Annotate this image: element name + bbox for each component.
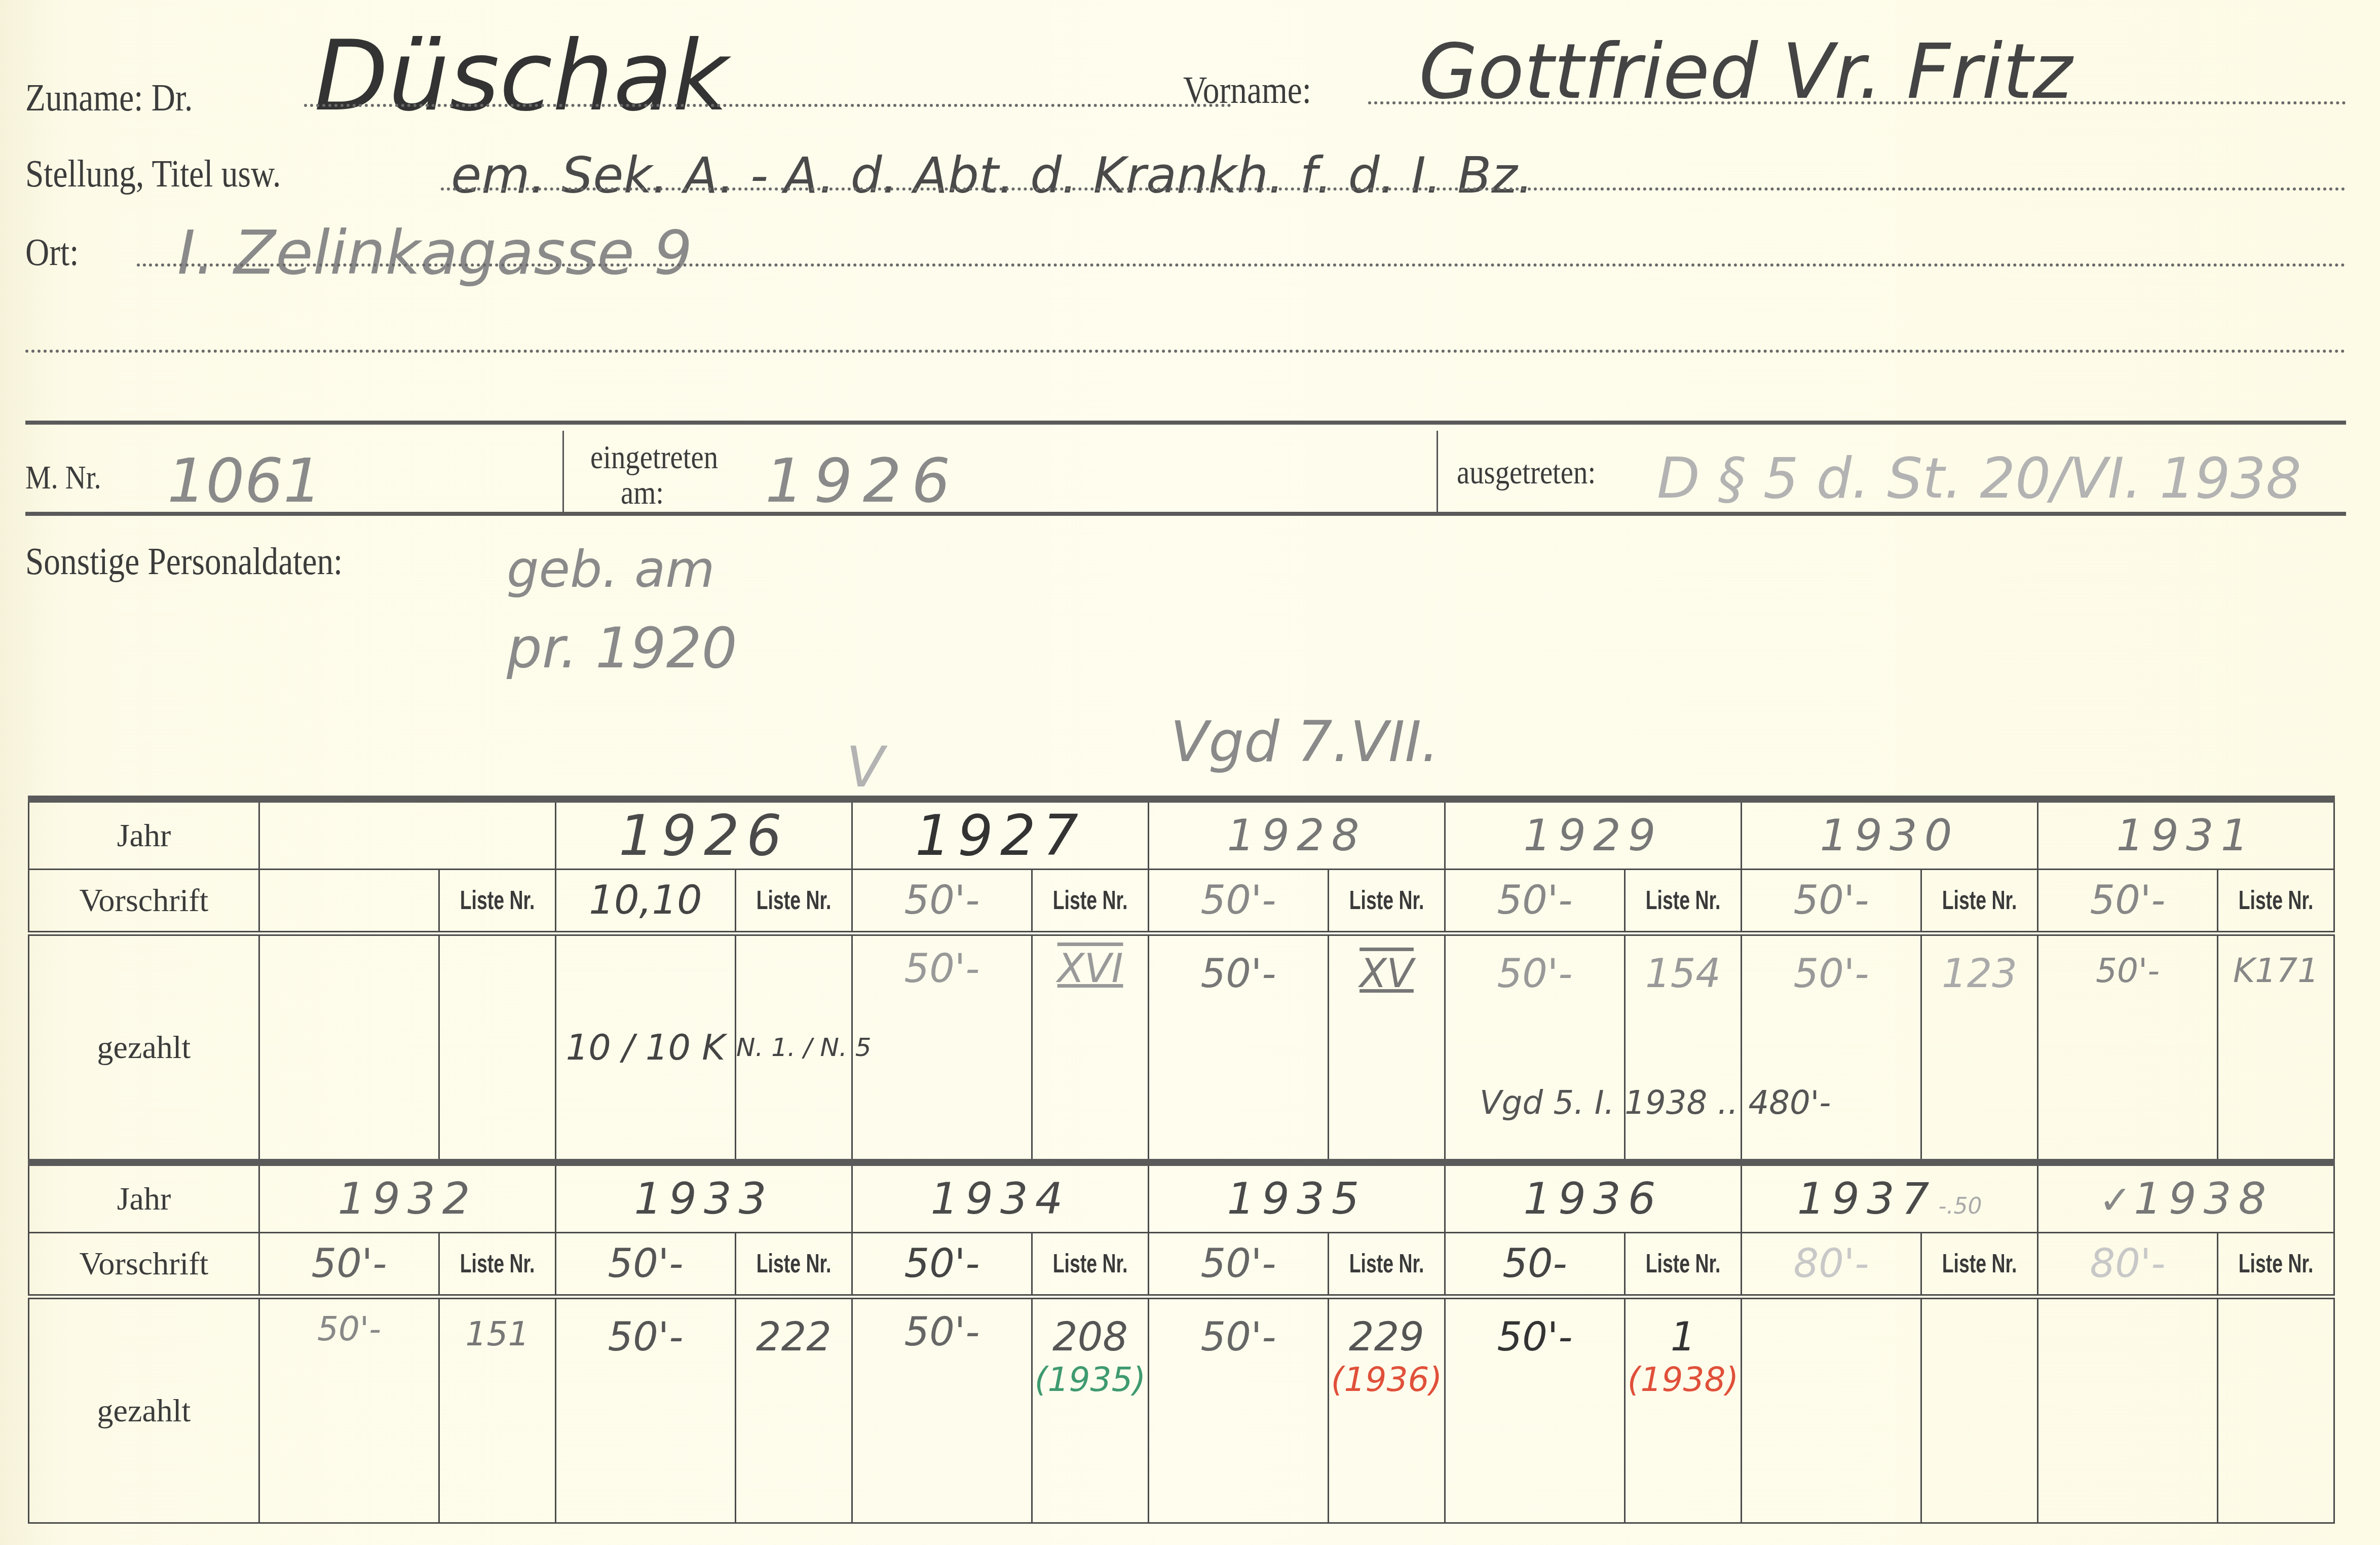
vorname-line — [1368, 101, 2346, 104]
year-cell: 1934 — [852, 1162, 1149, 1233]
liste-header: Liste Nr. — [1921, 1233, 2038, 1297]
liste-cell: N. 1. / N. 5 — [736, 933, 852, 1162]
upper-row-jahr: Jahr 1926 1927 1928 1929 1930 1931 — [29, 799, 2334, 870]
row-label-gezahlt: gezahlt — [29, 933, 259, 1162]
eingetreten-value: 1926 — [765, 446, 960, 516]
liste-cell: 151 — [439, 1297, 556, 1523]
liste-header: Liste Nr. — [1032, 870, 1149, 934]
liste-cell: 154 — [1625, 933, 1742, 1162]
upper-row-gezahlt: gezahlt 10 / 10 K N. 1. / N. 5 50'- XVI … — [29, 933, 2334, 1162]
zuname-label: Zuname: Dr. — [25, 76, 193, 120]
lower-row-jahr: Jahr 1932 1933 1934 1935 1936 1937 -.50 … — [29, 1162, 2334, 1233]
ort-line — [137, 263, 2346, 267]
sonstige-value-1: geb. am — [507, 540, 715, 599]
year-cell: 1930 — [1742, 799, 2038, 870]
gezahlt-cell: 50'- — [1445, 933, 1625, 1162]
year-cell: 1927 — [852, 799, 1149, 870]
year-cell: 1929 — [1445, 799, 1742, 870]
eingetreten-label: eingetreten — [590, 438, 718, 477]
liste-cell: 1 (1938) — [1625, 1297, 1742, 1523]
ort-label: Ort: — [25, 231, 79, 275]
gezahlt-cell: 50'- — [852, 933, 1032, 1162]
vorschrift-cell: 50- — [1445, 1233, 1625, 1297]
gezahlt-cell: 10 / 10 K — [556, 933, 736, 1162]
liste-header: Liste Nr. — [1625, 1233, 1742, 1297]
liste-cell — [1921, 1297, 2038, 1523]
vorschrift-cell: 80'- — [1742, 1233, 1921, 1297]
year-cell: 1935 — [1149, 1162, 1445, 1233]
stellung-line — [441, 187, 2346, 191]
ort-value: I. Zelinkagasse 9 — [177, 218, 693, 288]
band-top-rule — [25, 421, 2346, 425]
payment-table-upper: Jahr 1926 1927 1928 1929 1930 1931 Vorsc… — [28, 796, 2335, 1524]
gezahlt-cell — [259, 933, 439, 1162]
year-cell: 1937 -.50 — [1742, 1162, 2038, 1233]
liste-cell: 123 — [1921, 933, 2038, 1162]
ausgetreten-label: ausgetreten: — [1457, 454, 1596, 492]
vorschrift-cell — [259, 870, 439, 934]
year-cell: 1932 — [259, 1162, 556, 1233]
liste-header: Liste Nr. — [439, 1233, 556, 1297]
band-divider-1 — [562, 431, 564, 512]
liste-cell: 229 (1936) — [1329, 1297, 1445, 1523]
vorschrift-cell: 10,10 — [556, 870, 736, 934]
liste-cell: 222 — [736, 1297, 852, 1523]
upper-table-note: Vgd 5. I. 1938 .. 480'- — [1480, 1084, 1831, 1122]
liste-header: Liste Nr. — [1032, 1233, 1149, 1297]
gezahlt-cell: 50'- — [556, 1297, 736, 1523]
year-cell: 1936 — [1445, 1162, 1742, 1233]
band-divider-2 — [1437, 431, 1438, 512]
row-label-jahr: Jahr — [29, 1162, 259, 1233]
liste-header: Liste Nr. — [439, 870, 556, 934]
liste-cell: XVI — [1032, 933, 1149, 1162]
liste-note: (1938) — [1626, 1360, 1741, 1399]
gezahlt-cell: 50'- — [1149, 933, 1329, 1162]
zuname-line — [304, 104, 1231, 107]
lower-row-vorschrift: Vorschrift 50'- Liste Nr. 50'- Liste Nr.… — [29, 1233, 2334, 1297]
vorschrift-cell: 50'- — [1149, 1233, 1329, 1297]
gezahlt-cell — [1742, 1297, 1921, 1523]
year-cell: 1933 — [556, 1162, 852, 1233]
year-cell: ✓ 1938 — [2038, 1162, 2334, 1233]
gezahlt-cell — [2038, 1297, 2218, 1523]
row-label-gezahlt: gezahlt — [29, 1297, 259, 1523]
stellung-value: em. Sek. A. - A. d. Abt. d. Krankh. f. d… — [451, 147, 1533, 205]
liste-header: Liste Nr. — [1625, 870, 1742, 934]
blank-line — [25, 350, 2346, 353]
gezahlt-cell: 50'- — [1149, 1297, 1329, 1523]
year-cell — [259, 799, 556, 870]
upper-row-vorschrift: Vorschrift Liste Nr. 10,10 Liste Nr. 50'… — [29, 870, 2334, 934]
vorschrift-cell: 50'- — [2038, 870, 2218, 934]
row-label-vorschrift: Vorschrift — [29, 1233, 259, 1297]
vorschrift-cell: 50'- — [556, 1233, 736, 1297]
check-mark: ✓ — [2099, 1178, 2132, 1223]
liste-header: Liste Nr. — [1329, 1233, 1445, 1297]
vorschrift-cell: 50'- — [852, 1233, 1032, 1297]
liste-header: Liste Nr. — [1921, 870, 2038, 934]
vorschrift-cell: 50'- — [1149, 870, 1329, 934]
gezahlt-cell: 50'- — [1742, 933, 1921, 1162]
row-label-vorschrift: Vorschrift — [29, 870, 259, 934]
year-cell: 1931 — [2038, 799, 2334, 870]
ausgetreten-value: D § 5 d. St. 20/VI. 1938 — [1657, 446, 2301, 511]
stellung-label: Stellung, Titel usw. — [25, 152, 281, 196]
sonstige-label: Sonstige Personaldaten: — [25, 540, 343, 584]
year-cell: 1928 — [1149, 799, 1445, 870]
lower-row-gezahlt: gezahlt 50'- 151 50'- 222 50'- 208 (1935… — [29, 1297, 2334, 1523]
year-cell: 1926 — [556, 799, 852, 870]
liste-header: Liste Nr. — [2218, 870, 2334, 934]
vorschrift-cell: 50'- — [259, 1233, 439, 1297]
row-label-jahr: Jahr — [29, 799, 259, 870]
liste-header: Liste Nr. — [1329, 870, 1445, 934]
membership-card: Zuname: Dr. Düschak Vorname: Gottfried V… — [0, 0, 2380, 1545]
liste-header: Liste Nr. — [736, 870, 852, 934]
zuname-value: Düschak — [314, 20, 728, 132]
sonstige-value-2: pr. 1920 — [507, 616, 737, 681]
liste-header: Liste Nr. — [736, 1233, 852, 1297]
liste-cell — [2218, 1297, 2334, 1523]
liste-cell: K171 — [2218, 933, 2334, 1162]
vorschrift-cell: 80'- — [2038, 1233, 2218, 1297]
liste-cell: XV — [1329, 933, 1445, 1162]
vorschrift-cell: 50'- — [1742, 870, 1921, 934]
gezahlt-cell: 50'- — [2038, 933, 2218, 1162]
annotation-top: Vgd 7.VII. — [1170, 709, 1439, 774]
liste-note: (1936) — [1329, 1360, 1444, 1399]
liste-cell — [439, 933, 556, 1162]
vorschrift-cell: 50'- — [852, 870, 1032, 934]
year-note: -.50 — [1939, 1193, 1982, 1219]
gezahlt-cell: 50'- — [1445, 1297, 1625, 1523]
liste-note: (1935) — [1033, 1360, 1148, 1399]
eingetreten-am-label: am: — [621, 474, 664, 512]
liste-header: Liste Nr. — [2218, 1233, 2334, 1297]
band-bottom-rule — [25, 512, 2346, 516]
annotation-check: V — [846, 735, 884, 800]
vorname-label: Vorname: — [1183, 68, 1311, 112]
mnr-label: M. Nr. — [25, 459, 101, 497]
gezahlt-cell: 50'- — [852, 1297, 1032, 1523]
vorschrift-cell: 50'- — [1445, 870, 1625, 934]
liste-cell: 208 (1935) — [1032, 1297, 1149, 1523]
gezahlt-cell: 50'- — [259, 1297, 439, 1523]
mnr-value: 1061 — [167, 446, 322, 516]
